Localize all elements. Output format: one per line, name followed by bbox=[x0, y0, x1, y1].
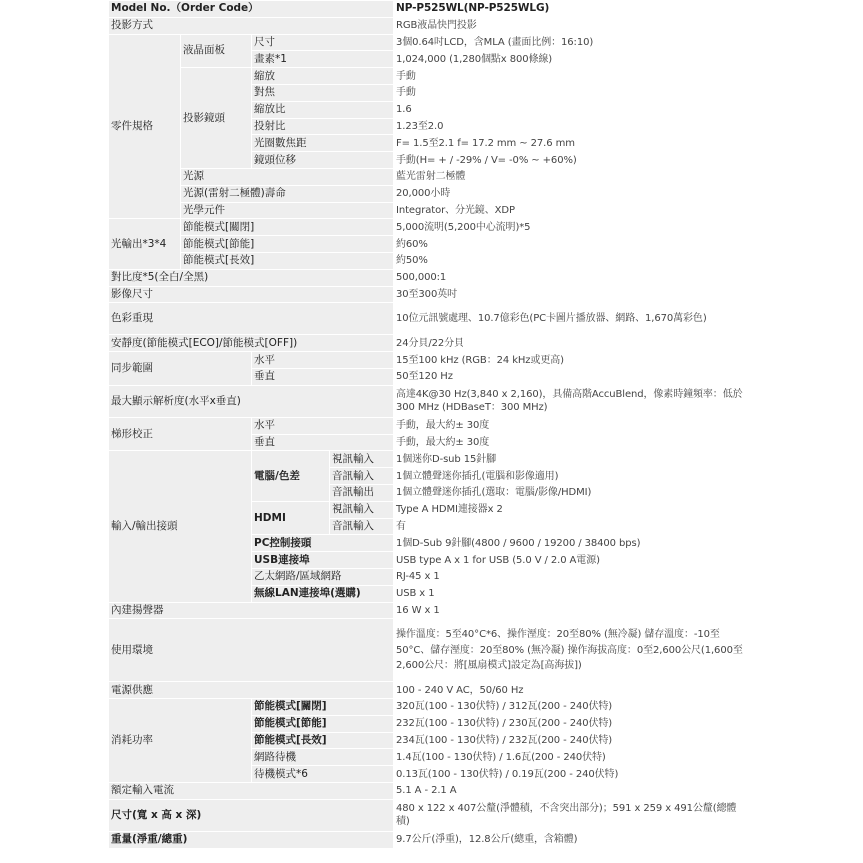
row-value: 24分貝/22分貝 bbox=[394, 335, 749, 352]
spec-row: 內建揚聲器 16 W x 1 bbox=[109, 602, 749, 619]
spec-row: 重量(淨重/總重) 9.7公斤(淨重)，12.8公斤(總重，含箱體) bbox=[109, 831, 749, 848]
subgroup-label: HDMI bbox=[252, 501, 330, 535]
row-label: 節能模式[關閉] bbox=[181, 219, 394, 236]
spec-row: 光輸出*3*4 節能模式[關閉] 5,000流明(5,200中心流明)*5 bbox=[109, 219, 749, 236]
spec-row: 節能模式[節能] 約60% bbox=[109, 236, 749, 253]
row-value: 1.4瓦(100 - 130伏特) / 1.6瓦(200 - 240伏特) bbox=[394, 749, 749, 766]
row-value: 1.6 bbox=[394, 101, 749, 118]
row-value: 9.7公斤(淨重)，12.8公斤(總重，含箱體) bbox=[394, 831, 749, 848]
spec-row: 最大顯示解析度(水平x垂直) 高達4K@30 Hz(3,840 x 2,160)… bbox=[109, 385, 749, 417]
row-label: 節能模式[節能] bbox=[252, 715, 394, 732]
row-label: 視訊輸入 bbox=[330, 451, 394, 468]
row-label: 節能模式[節能] bbox=[181, 236, 394, 253]
spec-row: 消耗功率 節能模式[關閉] 320瓦(100 - 130伏特) / 312瓦(2… bbox=[109, 699, 749, 716]
row-value: 手動，最大約± 30度 bbox=[394, 434, 749, 451]
row-value: RJ-45 x 1 bbox=[394, 568, 749, 585]
group-label: 同步範圍 bbox=[109, 352, 252, 386]
row-label: 視訊輸入 bbox=[330, 501, 394, 518]
row-value: 1個D-Sub 9針腳(4800 / 9600 / 19200 / 38400 … bbox=[394, 535, 749, 552]
row-label: 額定輸入電流 bbox=[109, 783, 394, 800]
row-label: 尺寸 bbox=[252, 34, 394, 51]
row-value: 50至120 Hz bbox=[394, 368, 749, 385]
row-label: 重量(淨重/總重) bbox=[109, 831, 394, 848]
spec-row: 色彩重現 10位元訊號處理、10.7億彩色(PC卡圖片播放器、網路、1,670萬… bbox=[109, 303, 749, 335]
group-label: 光輸出*3*4 bbox=[109, 219, 181, 269]
spec-row: 使用環境 操作溫度：5至40°C*6、操作溼度：20至80% (無冷凝) 儲存溫… bbox=[109, 619, 749, 682]
spec-row: 節能模式[長效] 約50% bbox=[109, 252, 749, 269]
row-label: 投射比 bbox=[252, 118, 394, 135]
row-value: 手動(H= + / -29% / V= -0% ~ +60%) bbox=[394, 152, 749, 169]
row-label: 水平 bbox=[252, 352, 394, 369]
row-label: 縮放 bbox=[252, 68, 394, 85]
row-value: 1個立體聲迷你插孔(電腦和影像適用) bbox=[394, 468, 749, 485]
row-label: PC控制接頭 bbox=[252, 535, 394, 552]
row-label: 待機模式*6 bbox=[252, 766, 394, 783]
row-value: 約50% bbox=[394, 252, 749, 269]
row-value: 5,000流明(5,200中心流明)*5 bbox=[394, 219, 749, 236]
row-label: 水平 bbox=[252, 417, 394, 434]
spec-row: 安靜度(節能模式[ECO]/節能模式[OFF]) 24分貝/22分貝 bbox=[109, 335, 749, 352]
row-label: 光學元件 bbox=[181, 202, 394, 219]
row-label: 節能模式[長效] bbox=[252, 732, 394, 749]
row-label: 光圈數焦距 bbox=[252, 135, 394, 152]
spec-row: 零件規格 液晶面板 尺寸 3個0.64吋LCD，含MLA (畫面比例：16:10… bbox=[109, 34, 749, 51]
row-value: USB x 1 bbox=[394, 585, 749, 602]
row-value: 有 bbox=[394, 518, 749, 535]
spec-row: 光源(雷射二極體)壽命 20,000小時 bbox=[109, 185, 749, 202]
subgroup-label: 電腦/色差 bbox=[252, 451, 330, 501]
row-label: 電源供應 bbox=[109, 682, 394, 699]
row-label: 畫素*1 bbox=[252, 51, 394, 68]
row-value: 0.13瓦(100 - 130伏特) / 0.19瓦(200 - 240伏特) bbox=[394, 766, 749, 783]
spec-row: 影像尺寸 30至300英吋 bbox=[109, 286, 749, 303]
row-value: 500,000:1 bbox=[394, 269, 749, 286]
row-value: 約60% bbox=[394, 236, 749, 253]
row-value: 232瓦(100 - 130伏特) / 230瓦(200 - 240伏特) bbox=[394, 715, 749, 732]
row-value: 1.23至2.0 bbox=[394, 118, 749, 135]
row-value: 手動 bbox=[394, 68, 749, 85]
row-value: 3個0.64吋LCD，含MLA (畫面比例：16:10) bbox=[394, 34, 749, 51]
spec-row: 投影鏡頭 縮放 手動 bbox=[109, 68, 749, 85]
row-value: 5.1 A - 2.1 A bbox=[394, 783, 749, 800]
row-label: 節能模式[關閉] bbox=[252, 699, 394, 716]
row-label: 尺寸(寬 x 高 x 深) bbox=[109, 799, 394, 831]
spec-row: 尺寸(寬 x 高 x 深) 480 x 122 x 407公釐(淨體積，不含突出… bbox=[109, 799, 749, 831]
row-value: 100 - 240 V AC，50/60 Hz bbox=[394, 682, 749, 699]
row-value: F= 1.5至2.1 f= 17.2 mm ~ 27.6 mm bbox=[394, 135, 749, 152]
row-label: 使用環境 bbox=[109, 619, 394, 682]
row-value: 藍光雷射二極體 bbox=[394, 168, 749, 185]
row-value: 480 x 122 x 407公釐(淨體積，不含突出部分)；591 x 259 … bbox=[394, 799, 749, 831]
row-value: 10位元訊號處理、10.7億彩色(PC卡圖片播放器、網路、1,670萬彩色) bbox=[394, 303, 749, 335]
row-label: USB連接埠 bbox=[252, 552, 394, 569]
row-value: 手動，最大約± 30度 bbox=[394, 417, 749, 434]
row-value: 1個立體聲迷你插孔(選取：電腦/影像/HDMI) bbox=[394, 484, 749, 501]
row-value: 234瓦(100 - 130伏特) / 232瓦(200 - 240伏特) bbox=[394, 732, 749, 749]
row-label: 音訊輸出 bbox=[330, 484, 394, 501]
spec-row: 投影方式 RGB液晶快門投影 bbox=[109, 17, 749, 34]
row-value: 操作溫度：5至40°C*6、操作溼度：20至80% (無冷凝) 儲存溫度：-10… bbox=[394, 619, 749, 682]
row-value: 30至300英吋 bbox=[394, 286, 749, 303]
row-label: Model No.（Order Code） bbox=[109, 1, 394, 18]
row-label: 投影方式 bbox=[109, 17, 394, 34]
row-label: 內建揚聲器 bbox=[109, 602, 394, 619]
spec-row: 電源供應 100 - 240 V AC，50/60 Hz bbox=[109, 682, 749, 699]
row-value: USB type A x 1 for USB (5.0 V / 2.0 A電源) bbox=[394, 552, 749, 569]
spec-row: 對比度*5(全白/全黑) 500,000:1 bbox=[109, 269, 749, 286]
row-label: 色彩重現 bbox=[109, 303, 394, 335]
row-value: 高達4K@30 Hz(3,840 x 2,160)，具備高階AccuBlend，… bbox=[394, 385, 749, 417]
spec-table: Model No.（Order Code） NP-P525WL(NP-P525W… bbox=[108, 0, 749, 849]
spec-row: 輸入/輸出接頭 電腦/色差 視訊輸入 1個迷你D-sub 15針腳 bbox=[109, 451, 749, 468]
row-value: 手動 bbox=[394, 84, 749, 101]
row-label: 對比度*5(全白/全黑) bbox=[109, 269, 394, 286]
row-value: RGB液晶快門投影 bbox=[394, 17, 749, 34]
row-label: 網路待機 bbox=[252, 749, 394, 766]
row-label: 垂直 bbox=[252, 368, 394, 385]
row-value: Integrator、分光鏡、XDP bbox=[394, 202, 749, 219]
row-label: 影像尺寸 bbox=[109, 286, 394, 303]
group-label: 輸入/輸出接頭 bbox=[109, 451, 252, 602]
row-label: 鏡頭位移 bbox=[252, 152, 394, 169]
row-label: 垂直 bbox=[252, 434, 394, 451]
row-value: Type A HDMI連接器x 2 bbox=[394, 501, 749, 518]
row-label: 縮放比 bbox=[252, 101, 394, 118]
row-label: 音訊輸入 bbox=[330, 518, 394, 535]
row-label: 光源(雷射二極體)壽命 bbox=[181, 185, 394, 202]
spec-row: 梯形校正 水平 手動，最大約± 30度 bbox=[109, 417, 749, 434]
row-label: 乙太網路/區域網路 bbox=[252, 568, 394, 585]
row-value: 1個迷你D-sub 15針腳 bbox=[394, 451, 749, 468]
row-value: 1,024,000 (1,280個點x 800條線) bbox=[394, 51, 749, 68]
spec-row: 同步範圍 水平 15至100 kHz (RGB：24 kHz或更高) bbox=[109, 352, 749, 369]
model-number: NP-P525WL(NP-P525WLG) bbox=[394, 1, 749, 18]
row-label: 光源 bbox=[181, 168, 394, 185]
row-label: 最大顯示解析度(水平x垂直) bbox=[109, 385, 394, 417]
spec-row: 光學元件 Integrator、分光鏡、XDP bbox=[109, 202, 749, 219]
subgroup-label: 投影鏡頭 bbox=[181, 68, 252, 169]
group-label: 消耗功率 bbox=[109, 699, 252, 783]
row-value: 16 W x 1 bbox=[394, 602, 749, 619]
row-label: 無線LAN連接埠(選購) bbox=[252, 585, 394, 602]
spec-row-model: Model No.（Order Code） NP-P525WL(NP-P525W… bbox=[109, 1, 749, 18]
subgroup-label: 液晶面板 bbox=[181, 34, 252, 68]
row-value: 320瓦(100 - 130伏特) / 312瓦(200 - 240伏特) bbox=[394, 699, 749, 716]
spec-row: 額定輸入電流 5.1 A - 2.1 A bbox=[109, 783, 749, 800]
row-value: 20,000小時 bbox=[394, 185, 749, 202]
group-label: 零件規格 bbox=[109, 34, 181, 219]
row-label: 對焦 bbox=[252, 84, 394, 101]
group-label: 梯形校正 bbox=[109, 417, 252, 451]
row-label: 安靜度(節能模式[ECO]/節能模式[OFF]) bbox=[109, 335, 394, 352]
row-label: 音訊輸入 bbox=[330, 468, 394, 485]
row-value: 15至100 kHz (RGB：24 kHz或更高) bbox=[394, 352, 749, 369]
row-label: 節能模式[長效] bbox=[181, 252, 394, 269]
spec-row: 光源 藍光雷射二極體 bbox=[109, 168, 749, 185]
